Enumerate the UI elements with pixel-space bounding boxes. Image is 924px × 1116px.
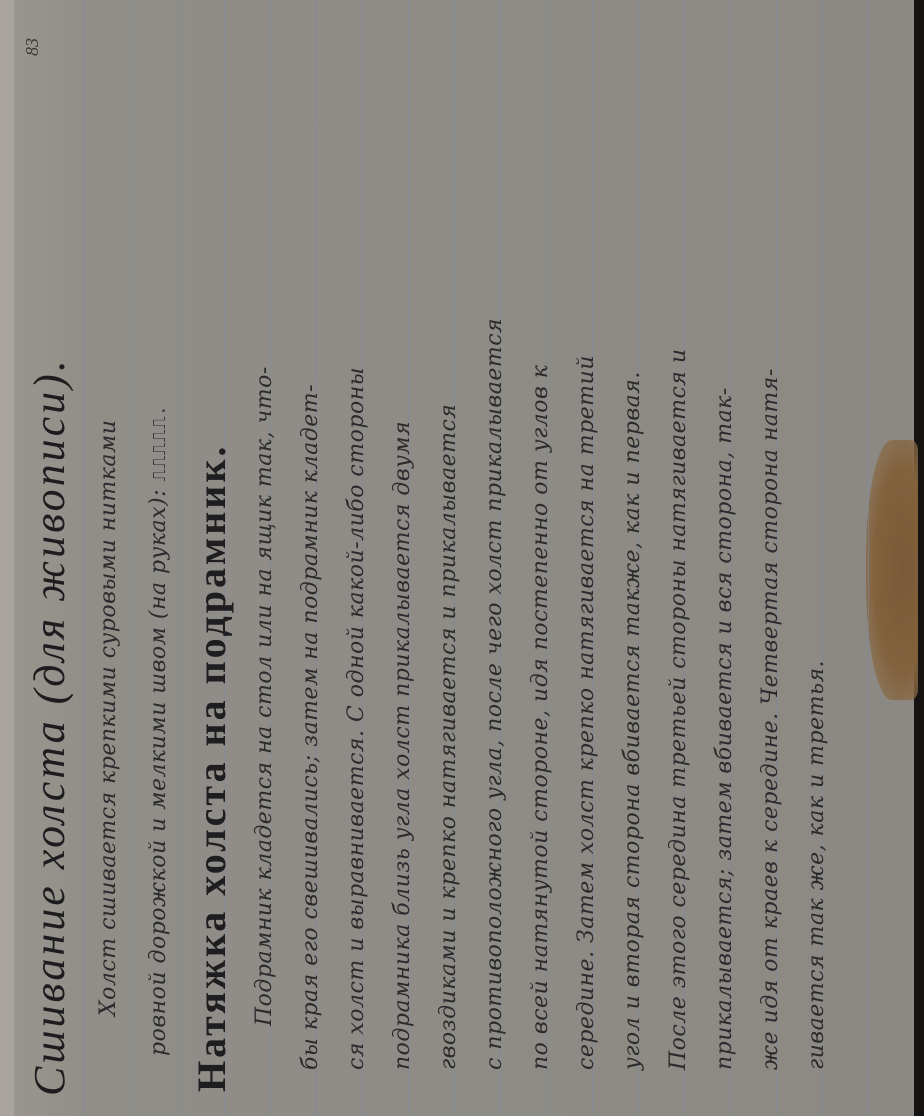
section-heading-2: Натяжка холста на подрамник. [188,444,235,1092]
ruled-line [868,0,869,1116]
text-line: середине. Затем холст крепко натягиваетс… [574,355,599,1070]
page-number: 83 [22,38,43,56]
text-line: прикалывается; затем вбивается и вся сто… [712,387,737,1070]
text-line: же идя от краев к середине. Четвертая ст… [758,368,783,1070]
text-line: ся холст и выравнивается. С одной какой-… [344,367,369,1070]
section-heading-1: Сшивание холста (для живописи). [24,357,75,1096]
text-line: Холст сшивается крепкими суровыми ниткам… [96,420,121,1016]
ruled-line [84,0,85,1116]
text-line: После этого середина третьей стороны нат… [666,348,691,1070]
text-line: с противоположного угла, после чего холс… [482,318,507,1070]
text-line: ровной дорожкой и мелкими швом (на руках… [146,405,171,1056]
text-line: гивается так же, как и третья. [804,660,829,1070]
text-line: бы края его свешивались; затем на подрам… [298,384,323,1070]
ruled-line [130,0,131,1116]
text-line: по всей натянутой стороне, идя постепенн… [528,365,553,1070]
text-line: угол и вторая сторона вбивается также, к… [620,371,645,1070]
ruled-line [178,0,179,1116]
text-line: подрамника близь угла холст прикалываетс… [390,421,415,1070]
handwritten-page: 83 Сшивание холста (для живописи). Холст… [0,0,924,1116]
stitch-symbol: ⎍⎍⎍⎍⎍. [149,405,170,482]
text-line: Подрамник кладется на стол или на ящик т… [252,366,277,1026]
text-line-content: ровной дорожкой и мелкими швом (на руках… [146,489,171,1056]
text-line: гвоздиками и крепко натягивается и прика… [436,404,461,1070]
